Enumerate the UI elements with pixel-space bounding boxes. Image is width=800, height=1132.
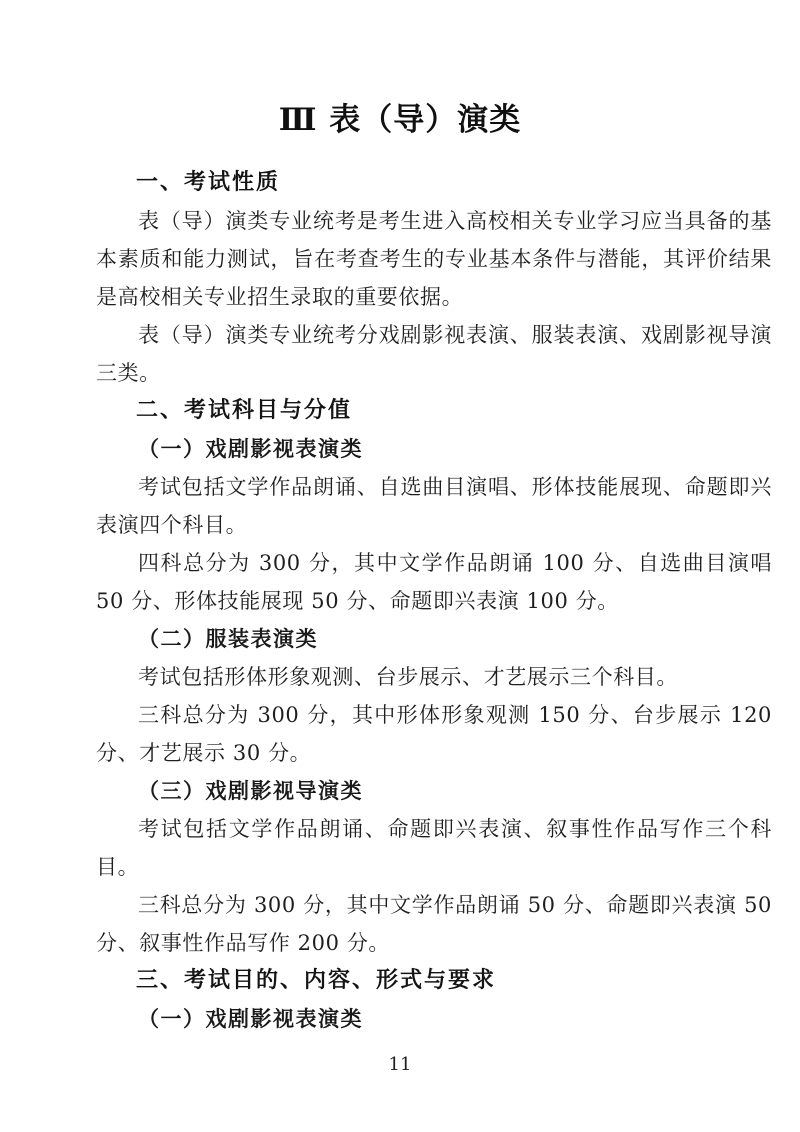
paragraph: 表（导）演类专业统考是考生进入高校相关专业学习应当具备的基本素质和能力测试，旨在… [96,202,772,316]
doc-title: Ⅲ 表（导）演类 [0,98,800,142]
doc-body: 一、考试性质 表（导）演类专业统考是考生进入高校相关专业学习应当具备的基本素质和… [96,164,772,1038]
sub-heading-2-1: （一）戏剧影视表演类 [96,430,772,468]
paragraph: 考试包括文学作品朗诵、自选曲目演唱、形体技能展现、命题即兴表演四个科目。 [96,468,772,544]
document-page: Ⅲ 表（导）演类 一、考试性质 表（导）演类专业统考是考生进入高校相关专业学习应… [0,0,800,1132]
paragraph: 考试包括文学作品朗诵、命题即兴表演、叙事性作品写作三个科目。 [96,810,772,886]
section-heading-1: 一、考试性质 [96,164,772,202]
page-number: 11 [0,1054,800,1076]
paragraph: 四科总分为 300 分，其中文学作品朗诵 100 分、自选曲目演唱 50 分、形… [96,544,772,620]
section-heading-3: 三、考试目的、内容、形式与要求 [96,962,772,1000]
paragraph: 表（导）演类专业统考分戏剧影视表演、服装表演、戏剧影视导演三类。 [96,316,772,392]
paragraph: 考试包括形体形象观测、台步展示、才艺展示三个科目。 [96,658,772,696]
sub-heading-3-1: （一）戏剧影视表演类 [96,1000,772,1038]
sub-heading-2-2: （二）服装表演类 [96,620,772,658]
sub-heading-2-3: （三）戏剧影视导演类 [96,772,772,810]
paragraph: 三科总分为 300 分，其中文学作品朗诵 50 分、命题即兴表演 50 分、叙事… [96,886,772,962]
paragraph: 三科总分为 300 分，其中形体形象观测 150 分、台步展示 120 分、才艺… [96,696,772,772]
section-heading-2: 二、考试科目与分值 [96,392,772,430]
